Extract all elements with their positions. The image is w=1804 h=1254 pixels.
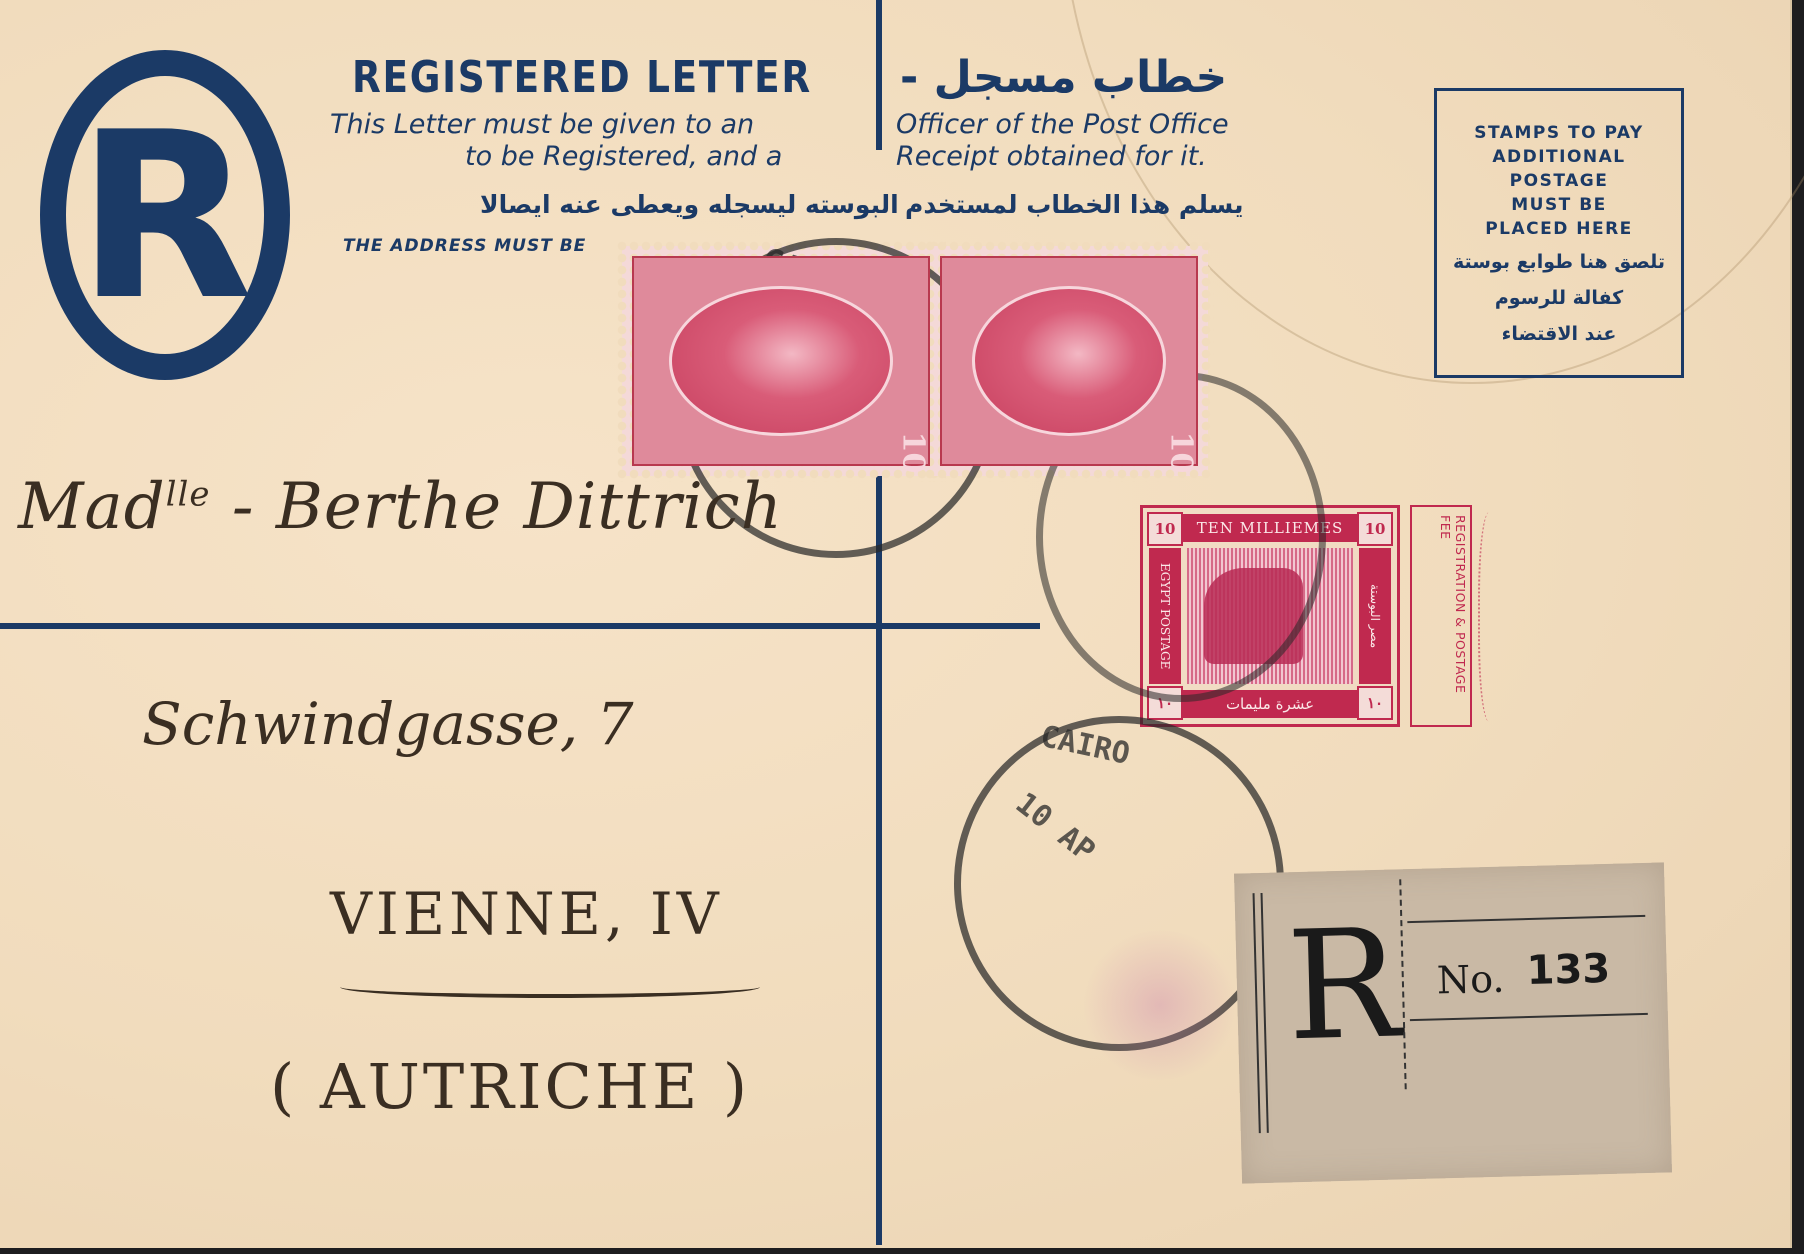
box-line: MUST BE: [1437, 193, 1681, 217]
instructions-left-line-1: This Letter must be given to an: [330, 108, 754, 142]
box-line: STAMPS TO PAY: [1437, 121, 1681, 145]
instructions-arabic-left: البوسته ليسجله ويعطى عنه ايصالا: [480, 190, 899, 219]
stamp-value: 10: [896, 432, 931, 474]
recipient-city: VIENNE, IV: [330, 880, 723, 948]
envelope: R REGISTERED LETTER خطاب مسجل - This Let…: [0, 0, 1792, 1248]
label-rule: [1410, 1013, 1648, 1021]
registered-r-logo-icon: R: [40, 50, 290, 380]
title-arabic: خطاب مسجل -: [900, 52, 1227, 103]
recipient-street: Schwindgasse, 7: [142, 690, 634, 758]
box-line: ADDITIONAL: [1437, 145, 1681, 169]
box-arabic-line: عند الاقتضاء: [1437, 319, 1681, 349]
divider-top: [876, 0, 882, 150]
stamp-value: 10: [1164, 432, 1199, 474]
indicium-corner-value-arabic: ١٠: [1357, 686, 1393, 720]
registration-label: R No. 133: [1234, 862, 1672, 1183]
registration-letter: R: [1285, 909, 1402, 1062]
registration-number-label: No.: [1436, 957, 1505, 1003]
instructions-arabic-right: يسلم هذا الخطاب لمستخدم: [905, 190, 1244, 219]
city-underline: [340, 976, 760, 998]
instructions-left-line-2: to be Registered, and a: [465, 140, 782, 174]
box-arabic-line: تلصق هنا طوابع بوستة: [1437, 247, 1681, 277]
box-line: PLACED HERE: [1437, 217, 1681, 241]
registration-fee-panel: REGISTRATION & POSTAGE FEE: [1410, 505, 1472, 727]
recipient-country: ( AUTRICHE ): [270, 1050, 750, 1123]
instructions-right-line-1: Officer of the Post Office: [896, 108, 1229, 142]
divider-horizontal: [0, 623, 1040, 629]
scroll-ornament-icon: [1478, 512, 1506, 722]
additional-postage-box: STAMPS TO PAY ADDITIONAL POSTAGE MUST BE…: [1434, 88, 1684, 378]
indicium-corner-value: 10: [1357, 512, 1393, 546]
instructions-right-line-2: Receipt obtained for it.: [896, 140, 1207, 174]
box-arabic-line: كفالة للرسوم: [1437, 283, 1681, 313]
king-portrait-icon: [972, 286, 1166, 436]
recipient-name: Madlle - Berthe Dittrich: [18, 470, 783, 544]
box-line: POSTAGE: [1437, 169, 1681, 193]
address-note: THE ADDRESS MUST BE: [343, 236, 586, 256]
registration-number: 133: [1526, 946, 1611, 994]
fee-panel-text: REGISTRATION & POSTAGE FEE: [1438, 515, 1468, 717]
adhesive-stamp-1: 10: [622, 246, 940, 476]
ink-smudge: [1080, 930, 1240, 1080]
indicium-side-arabic: مصر البوستة: [1359, 548, 1391, 684]
label-rule: [1407, 915, 1645, 923]
title-english: REGISTERED LETTER: [352, 52, 812, 103]
adhesive-stamp-2: 10: [930, 246, 1208, 476]
king-portrait-icon: [669, 286, 893, 436]
